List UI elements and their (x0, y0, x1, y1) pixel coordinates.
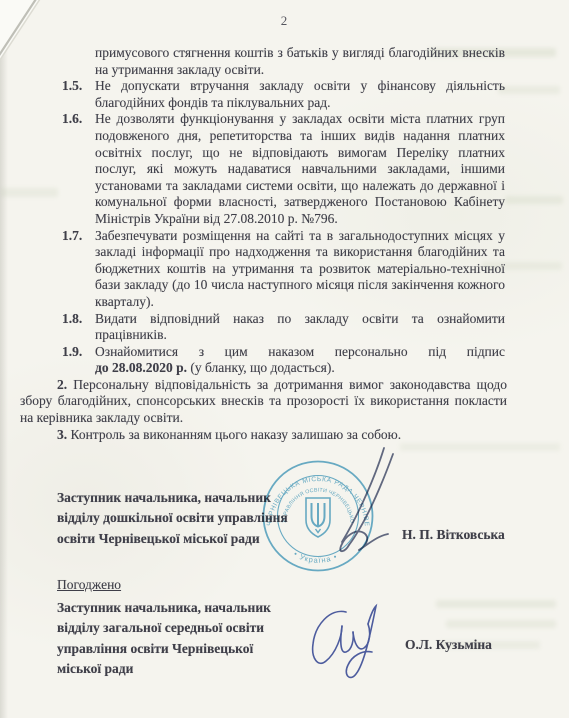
agreed-label: Погоджено (57, 577, 121, 593)
list-item-1-7: 1.7. Забезпечувати розміщення на сайті т… (95, 228, 505, 311)
signature-stroke (341, 626, 353, 652)
list-item-1-5: 1.5. Не допускати втручання закладу осві… (95, 78, 505, 111)
list-item-1-6: 1.6. Не дозволяти функціонування у закла… (95, 111, 505, 227)
list-item-1-9: 1.9. Ознайомитися з цим наказом персонал… (95, 344, 505, 377)
bleedthrough-mark (446, 620, 556, 628)
item-text-after: (у бланку, що додасться). (187, 360, 335, 375)
signatory-name-first: Н. П. Вітковська (402, 527, 505, 543)
item-number: 1.9. (62, 344, 82, 361)
item-number: 1.8. (62, 311, 82, 328)
signatory-title-second: Заступник начальника, начальник відділу … (57, 598, 327, 680)
item-number: 1.5. (62, 78, 82, 95)
bleedthrough-mark (400, 443, 560, 451)
paragraph-number: 3. (57, 427, 67, 442)
item-text: Видати відповідний наказ по закладу осві… (95, 311, 505, 343)
title-line: Заступник начальника, начальник (57, 598, 327, 618)
deadline-date: до 28.08.2020 р. (95, 360, 187, 375)
item-text-line1: Ознайомитися з цим наказом персонально п… (95, 344, 505, 361)
paragraph-2: 2. Персональну відповідальність за дотри… (20, 377, 507, 427)
signature-stroke (342, 448, 384, 542)
list-item-1-8: 1.8. Видати відповідний наказ по закладу… (95, 311, 505, 344)
paragraph-number: 2. (57, 377, 67, 392)
bleedthrough-mark (436, 600, 556, 608)
item-text: Не дозволяти функціонування у закладах о… (95, 111, 505, 226)
item-number: 1.7. (62, 228, 82, 245)
title-line: відділу загальної середньої освіти (57, 618, 327, 638)
item-text: Не допускати втручання закладу освіти у … (95, 78, 505, 110)
signature-stroke (359, 534, 388, 550)
handwritten-signature-second (300, 600, 390, 688)
paragraph-text: Персональну відповідальність за дотриман… (20, 377, 507, 425)
closing-paragraphs: 2. Персональну відповідальність за дотри… (20, 377, 507, 443)
handwritten-signature-first (318, 440, 414, 562)
document-body: примусового стягнення коштів з батьків у… (0, 45, 569, 443)
item-text: Забезпечувати розміщення на сайті та в з… (95, 228, 505, 309)
item-text-line2: до 28.08.2020 р. (у бланку, що додасться… (95, 360, 505, 377)
signatory-name-second: О.Л. Кузьміна (405, 637, 492, 653)
scanned-document-page: 2 примусового стягнення коштів з батьків… (0, 0, 569, 718)
item-number: 1.6. (62, 111, 82, 128)
page-number: 2 (0, 13, 569, 29)
title-line: управління освіти Чернівецької (57, 639, 327, 659)
paragraph-3: 3. Контроль за виконанням цього наказу з… (20, 427, 507, 444)
signature-stroke (346, 606, 376, 677)
title-line: міської ради (57, 659, 327, 679)
continuation-paragraph: примусового стягнення коштів з батьків у… (95, 45, 505, 78)
numbered-list: 1.5. Не допускати втручання закладу осві… (95, 78, 505, 377)
